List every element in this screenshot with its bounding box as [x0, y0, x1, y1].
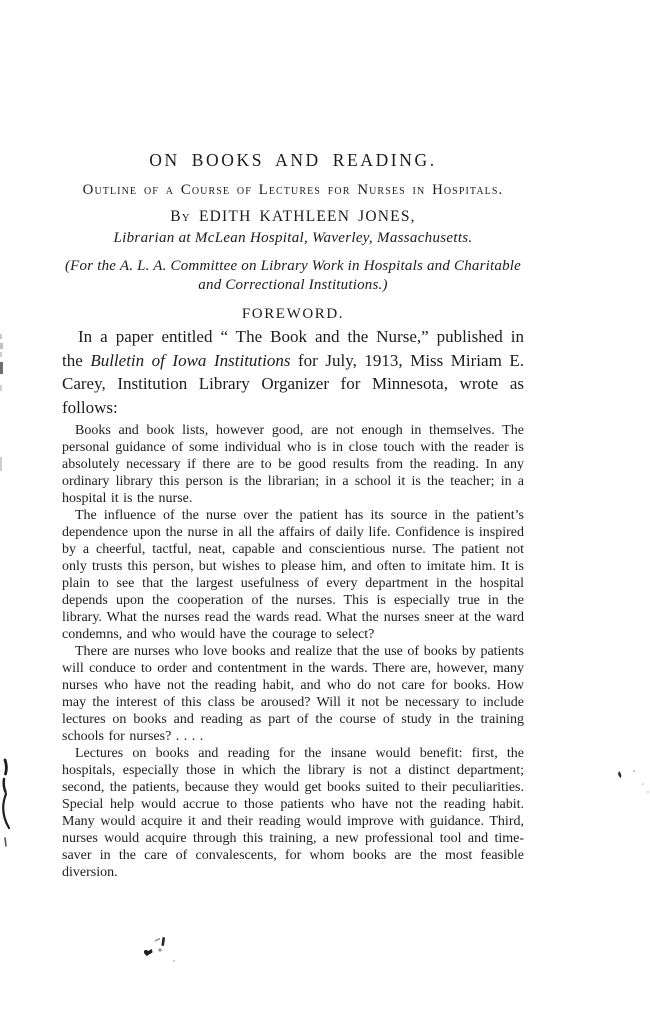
- excerpt-paragraph: The influence of the nurse over the pati…: [62, 507, 524, 643]
- italic-text-run: Bulletin of Iowa Institutions: [90, 351, 290, 370]
- left-edge-faint-marks: [0, 334, 3, 471]
- quoted-excerpt: Books and book lists, however good, are …: [62, 422, 524, 881]
- excerpt-paragraph: Books and book lists, however good, are …: [62, 422, 524, 507]
- page-content: ON BOOKS AND READING. Outline of a Cours…: [62, 150, 524, 881]
- excerpt-paragraph: There are nurses who love books and real…: [62, 643, 524, 745]
- document-subtitle: Outline of a Course of Lectures for Nurs…: [62, 182, 524, 199]
- foreword-intro-paragraph: In a paper entitled “ The Book and the N…: [62, 325, 524, 419]
- excerpt-paragraph: Lectures on books and reading for the in…: [62, 745, 524, 881]
- author-name: EDITH KATHLEEN JONES,: [199, 208, 416, 225]
- author-affiliation: Librarian at McLean Hospital, Waverley, …: [62, 229, 524, 247]
- committee-note-line-2: and Correctional Institutions.): [62, 276, 524, 295]
- document-title: ON BOOKS AND READING.: [62, 150, 524, 170]
- byline: By EDITH KATHLEEN JONES,: [62, 207, 524, 226]
- committee-note: (For the A. L. A. Committee on Library W…: [62, 257, 524, 295]
- right-margin-speck: [618, 770, 649, 793]
- bottom-ink-smudge: [144, 937, 175, 962]
- scanned-document-page: ON BOOKS AND READING. Outline of a Cours…: [0, 0, 650, 1035]
- byline-by-label: By: [170, 208, 191, 225]
- foreword-heading: FOREWORD.: [62, 305, 524, 323]
- margin-pen-mark: [3, 760, 9, 846]
- committee-note-line-1: (For the A. L. A. Committee on Library W…: [62, 257, 524, 276]
